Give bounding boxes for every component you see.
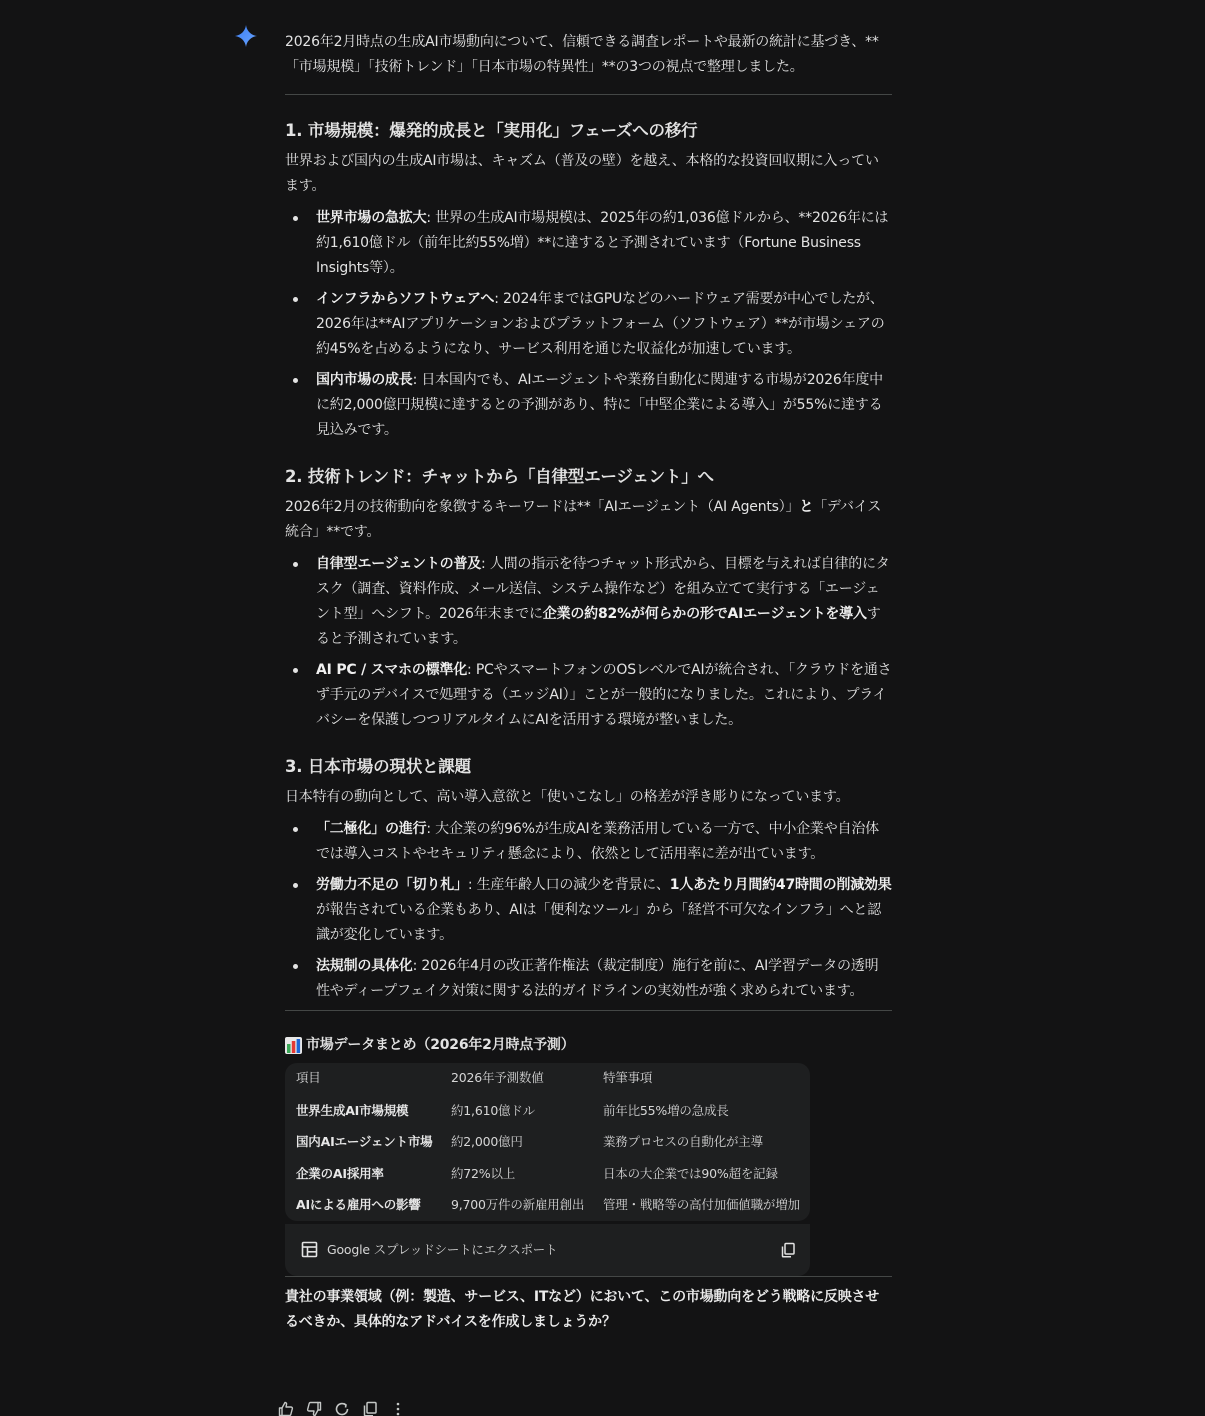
bullet-title: インフラからソフトウェアへ	[316, 291, 494, 307]
table-cell: 世界生成AI市場規模	[285, 1095, 440, 1127]
summary-table-container: 項目 2026年予測数値 特筆事項 世界生成AI市場規模 約1,610億ドル 前…	[285, 1063, 810, 1221]
copy-icon	[780, 1242, 796, 1258]
section-lead: 世界および国内の生成AI市場は、キャズム（普及の壁）を越え、本格的な投資回収期に…	[285, 149, 892, 199]
bullet-title: 世界市場の急拡大	[316, 210, 426, 226]
bullet-title: 労働力不足の「切り札」	[316, 877, 468, 893]
bullet-emphasis: 企業の約82%が何らかの形でAIエージェントを導入	[543, 606, 867, 622]
table-export-bar: Google スプレッドシートにエクスポート	[285, 1224, 810, 1276]
column-header: 項目	[285, 1063, 440, 1095]
divider	[285, 1010, 892, 1011]
bullet-text: : 生産年齢人口の減少を背景に、	[468, 877, 670, 893]
table-cell: AIによる雇用への影響	[285, 1189, 440, 1221]
table-cell: 約2,000億円	[440, 1126, 592, 1158]
list-item: 法規制の具体化: 2026年4月の改正著作権法（裁定制度）施行を前に、AI学習デ…	[285, 954, 892, 1004]
divider	[285, 94, 892, 95]
bullet-emphasis: 1人あたり月間約47時間の削減効果	[670, 877, 892, 893]
divider	[285, 1276, 892, 1277]
table-title: 市場データまとめ（2026年2月時点予測）	[285, 1035, 892, 1055]
bullet-text: が報告されている企業もあり、AIは「便利なツール」から「経営不可欠なインフラ」へ…	[316, 902, 881, 943]
assistant-response: 2026年2月時点の生成AI市場動向について、信頼できる調査レポートや最新の統計…	[285, 30, 892, 1335]
export-to-sheets-button[interactable]: Google スプレッドシートにエクスポート	[301, 1237, 557, 1262]
thumbs-down-icon	[306, 1401, 322, 1416]
list-item: 「二極化」の進行: 大企業の約96%が生成AIを業務活用している一方で、中小企業…	[285, 817, 892, 867]
thumbs-down-button[interactable]	[305, 1400, 323, 1416]
more-vertical-icon	[390, 1401, 406, 1416]
section-heading-market-size: 1. 市場規模：爆発的成長と「実用化」フェーズへの移行	[285, 119, 892, 143]
section-heading-tech-trends: 2. 技術トレンド：チャットから「自律型エージェント」へ	[285, 465, 892, 489]
bullet-title: 自律型エージェントの普及	[316, 556, 481, 572]
table-cell: 業務プロセスの自動化が主導	[592, 1126, 810, 1158]
section-heading-japan-market: 3. 日本市場の現状と課題	[285, 755, 892, 779]
table-cell: 国内AIエージェント市場	[285, 1126, 440, 1158]
regenerate-button[interactable]	[333, 1400, 351, 1416]
bullet-list: 世界市場の急拡大: 世界の生成AI市場規模は、2025年の約1,036億ドルから…	[285, 206, 892, 443]
table-row: AIによる雇用への影響 9,700万件の新雇用創出 管理・戦略等の高付加価値職が…	[285, 1189, 810, 1221]
intro-paragraph: 2026年2月時点の生成AI市場動向について、信頼できる調査レポートや最新の統計…	[285, 30, 892, 80]
bullet-title: 法規制の具体化	[316, 958, 413, 974]
more-options-button[interactable]	[389, 1400, 407, 1416]
bullet-list: 「二極化」の進行: 大企業の約96%が生成AIを業務活用している一方で、中小企業…	[285, 817, 892, 1004]
table-header-row: 項目 2026年予測数値 特筆事項	[285, 1063, 810, 1095]
table-row: 国内AIエージェント市場 約2,000億円 業務プロセスの自動化が主導	[285, 1126, 810, 1158]
section-lead: 日本特有の動向として、高い導入意欲と「使いこなし」の格差が浮き彫りになっています…	[285, 785, 892, 810]
table-cell: 前年比55%増の急成長	[592, 1095, 810, 1127]
lead-bold: と	[799, 499, 813, 515]
spreadsheet-icon	[301, 1241, 318, 1258]
refresh-icon	[334, 1401, 350, 1416]
lead-text: 2026年2月の技術動向を象徴するキーワードは**「AIエージェント（AI Ag…	[285, 499, 799, 515]
list-item: インフラからソフトウェアへ: 2024年まではGPUなどのハードウェア需要が中心…	[285, 287, 892, 362]
table-cell: 約1,610億ドル	[440, 1095, 592, 1127]
response-actions	[277, 1400, 407, 1416]
bullet-title: AI PC / スマホの標準化	[316, 662, 467, 678]
gemini-sparkle-icon	[235, 25, 257, 47]
bullet-title: 「二極化」の進行	[316, 821, 426, 837]
copy-icon	[362, 1401, 378, 1416]
table-row: 世界生成AI市場規模 約1,610億ドル 前年比55%増の急成長	[285, 1095, 810, 1127]
list-item: 国内市場の成長: 日本国内でも、AIエージェントや業務自動化に関連する市場が20…	[285, 368, 892, 443]
column-header: 特筆事項	[592, 1063, 810, 1095]
list-item: 労働力不足の「切り札」: 生産年齢人口の減少を背景に、1人あたり月間約47時間の…	[285, 873, 892, 948]
list-item: AI PC / スマホの標準化: PCやスマートフォンのOSレベルでAIが統合さ…	[285, 658, 892, 733]
thumbs-up-icon	[278, 1401, 294, 1416]
export-label: Google スプレッドシートにエクスポート	[327, 1237, 557, 1262]
thumbs-up-button[interactable]	[277, 1400, 295, 1416]
table-cell: 管理・戦略等の高付加価値職が増加	[592, 1189, 810, 1221]
table-cell: 日本の大企業では90%超を記録	[592, 1158, 810, 1190]
table-cell: 企業のAI採用率	[285, 1158, 440, 1190]
list-item: 自律型エージェントの普及: 人間の指示を待つチャット形式から、目標を与えれば自律…	[285, 552, 892, 652]
bullet-list: 自律型エージェントの普及: 人間の指示を待つチャット形式から、目標を与えれば自律…	[285, 552, 892, 733]
list-item: 世界市場の急拡大: 世界の生成AI市場規模は、2025年の約1,036億ドルから…	[285, 206, 892, 281]
column-header: 2026年予測数値	[440, 1063, 592, 1095]
copy-table-button[interactable]	[780, 1242, 796, 1258]
table-row: 企業のAI採用率 約72%以上 日本の大企業では90%超を記録	[285, 1158, 810, 1190]
section-lead: 2026年2月の技術動向を象徴するキーワードは**「AIエージェント（AI Ag…	[285, 495, 892, 545]
copy-response-button[interactable]	[361, 1400, 379, 1416]
table-cell: 約72%以上	[440, 1158, 592, 1190]
bar-chart-icon	[285, 1037, 302, 1054]
followup-question: 貴社の事業領域（例：製造、サービス、ITなど）において、この市場動向をどう戦略に…	[285, 1285, 892, 1335]
table-title-text: 市場データまとめ（2026年2月時点予測）	[306, 1035, 575, 1055]
table-cell: 9,700万件の新雇用創出	[440, 1189, 592, 1221]
bullet-title: 国内市場の成長	[316, 372, 413, 388]
summary-table: 項目 2026年予測数値 特筆事項 世界生成AI市場規模 約1,610億ドル 前…	[285, 1063, 810, 1221]
